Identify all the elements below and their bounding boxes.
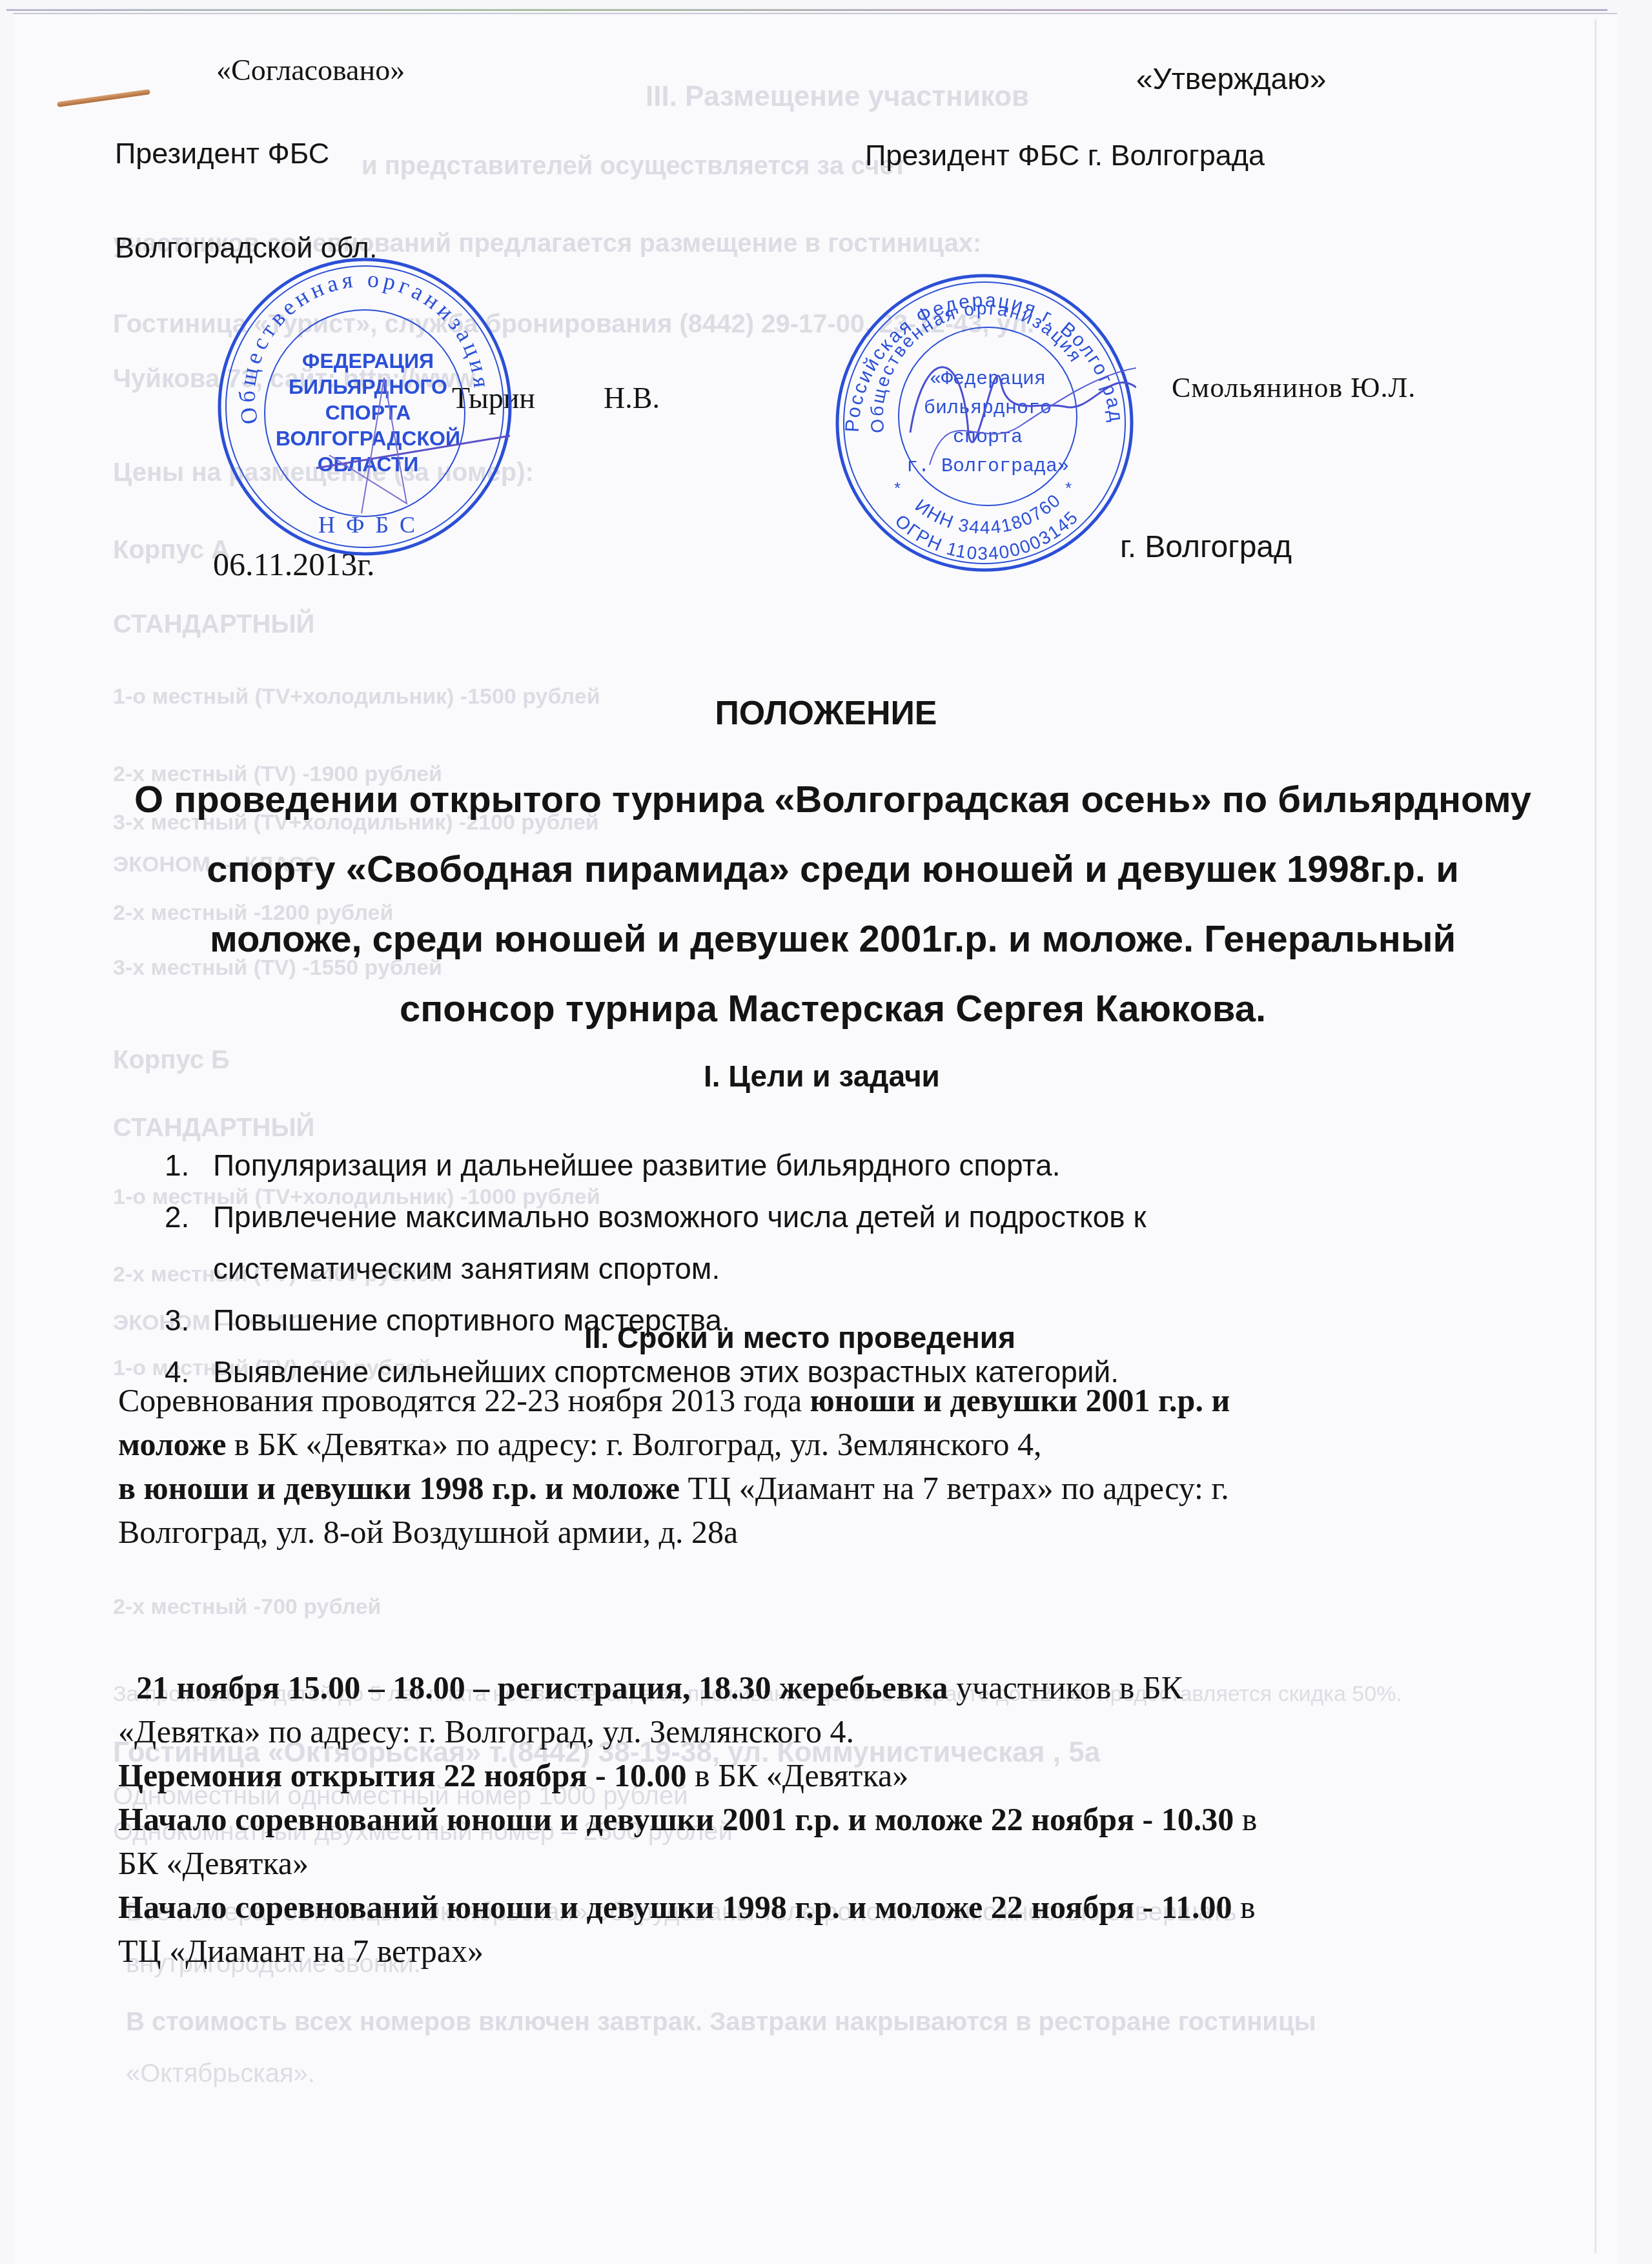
right-stamp-line: г. Волгограда» (906, 456, 1069, 478)
subtitle-line: спонсор турнира Мастерская Сергея Каюков… (97, 974, 1569, 1044)
document-title: ПОЛОЖЕНИЕ (0, 694, 1652, 733)
right-stamp-line: «Федерация (930, 369, 1046, 391)
approved-position: Президент ФБС г. Волгограда (865, 139, 1265, 172)
left-stamp-line: БИЛЬЯРДНОГО (289, 375, 447, 398)
schedule-start-1998: Начало соревнований юноши и девушки 1998… (118, 1885, 1551, 1929)
schedule: 21 ноября 15.00 – 18.00 – регистрация, 1… (118, 1666, 1551, 1973)
goals-list: 1.Популяризация и дальнейшее развитие би… (165, 1139, 1147, 1398)
document-subtitle: О проведении открытого турнира «Волгогра… (97, 765, 1569, 1044)
ghost-line: Корпус Б (113, 1046, 230, 1075)
goal-item-continuation: систематическим занятиям спортом. (165, 1243, 1147, 1294)
venue-line: в юноши и девушки 1998 г.р. и моложе ТЦ … (118, 1466, 1551, 1510)
venue-paragraph: Соревнования проводятся 22-23 ноября 201… (118, 1378, 1551, 1554)
ghost-line: и представителей осуществляется за счет (362, 152, 906, 181)
left-stamp-bottom-text: Н Ф Б С (318, 512, 418, 538)
scan-border-line (6, 9, 1607, 11)
approved-signatory: Смольянинов Ю.Л. (1172, 371, 1416, 404)
left-stamp-line: СПОРТА (325, 401, 411, 424)
venue-line: Волгоград, ул. 8-ой Воздушной армии, д. … (118, 1510, 1551, 1554)
agreed-initials: Н.В. (604, 381, 660, 415)
agreed-position-line1: Президент ФБС (115, 137, 329, 170)
schedule-registration-address: «Девятка» по адресу: г. Волгоград, ул. З… (118, 1709, 1551, 1753)
goal-item: 2.Привлечение максимально возможного чис… (165, 1191, 1147, 1243)
approved-city: г. Волгоград (1120, 529, 1292, 565)
ghost-line: СТАНДАРТНЫЙ (113, 610, 314, 639)
schedule-opening: Церемония открытия 22 ноября - 10.00 в Б… (118, 1753, 1551, 1797)
ghost-line: Корпус А (113, 536, 230, 565)
schedule-registration: 21 ноября 15.00 – 18.00 – регистрация, 1… (118, 1666, 1551, 1709)
stamp-asterisk-icon: * (1065, 478, 1072, 498)
schedule-start-2001: Начало соревнований юноши и девушки 2001… (118, 1797, 1551, 1841)
stamp-asterisk-icon: * (894, 478, 901, 498)
left-stamp-line: ВОЛГОГРАДСКОЙ (276, 427, 460, 450)
venue-line: моложе в БК «Девятка» по адресу: г. Волг… (118, 1422, 1551, 1466)
approved-label: «Утверждаю» (1136, 61, 1326, 96)
venue-line: Соревнования проводятся 22-23 ноября 201… (118, 1378, 1551, 1422)
left-stamp: Общественная организация ФЕДЕРАЦИЯ БИЛЬЯ… (213, 255, 516, 558)
left-stamp-line: ФЕДЕРАЦИЯ (302, 349, 434, 372)
ghost-line: III. Размещение участников (646, 81, 1029, 113)
goal-item: 1.Популяризация и дальнейшее развитие би… (165, 1139, 1147, 1191)
agreed-label: «Согласовано» (216, 53, 405, 87)
section2-title: II. Сроки и место проведения (584, 1320, 1015, 1355)
schedule-start-1998-venue: ТЦ «Диамант на 7 ветрах» (118, 1929, 1551, 1973)
section1-title: I. Цели и задачи (704, 1059, 940, 1094)
subtitle-line: спорту «Свободная пирамида» среди юношей… (97, 835, 1569, 904)
right-stamp: Российская Федерация г. Волгоград Общест… (833, 271, 1136, 575)
ghost-line: 2-х местный -700 рублей (113, 1595, 382, 1620)
subtitle-line: моложе, среди юношей и девушек 2001г.р. … (97, 904, 1569, 974)
ghost-line: СТАНДАРТНЫЙ (113, 1114, 314, 1143)
ghost-line: «Октябрьская». (126, 2059, 315, 2088)
schedule-start-2001-venue: БК «Девятка» (118, 1841, 1551, 1885)
subtitle-line: О проведении открытого турнира «Волгогра… (97, 765, 1569, 835)
ghost-line: В стоимость всех номеров включен завтрак… (126, 2008, 1316, 2037)
page-edge (1595, 19, 1596, 2253)
